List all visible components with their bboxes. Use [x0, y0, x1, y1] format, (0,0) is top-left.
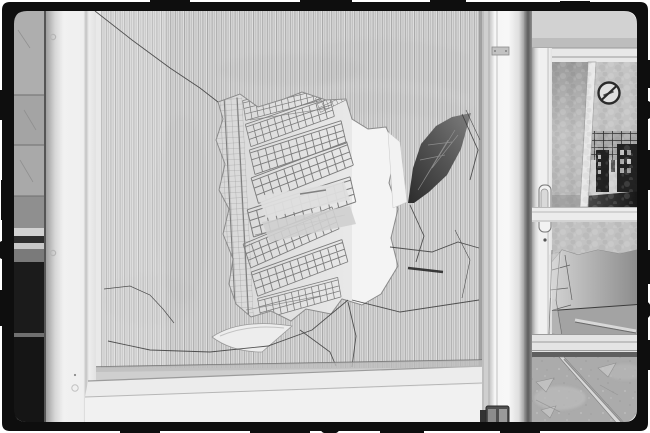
entrance-door — [532, 11, 642, 357]
keyhole — [543, 238, 546, 241]
photo-frame — [0, 0, 650, 433]
door-lower-glass — [549, 222, 637, 338]
no-smoking-icon — [599, 83, 620, 104]
floor-debris-area — [532, 357, 643, 433]
tiled-wall-strip — [13, 11, 47, 433]
door-mid-rail — [532, 207, 637, 222]
door-bottom-rail — [532, 334, 637, 352]
window-right-post — [480, 11, 524, 433]
broken-window-photo — [0, 0, 650, 433]
window-left-stile — [46, 11, 96, 433]
door-jamb-shadow — [524, 11, 532, 433]
threshold — [532, 352, 637, 357]
door-upper-glass — [552, 62, 642, 207]
